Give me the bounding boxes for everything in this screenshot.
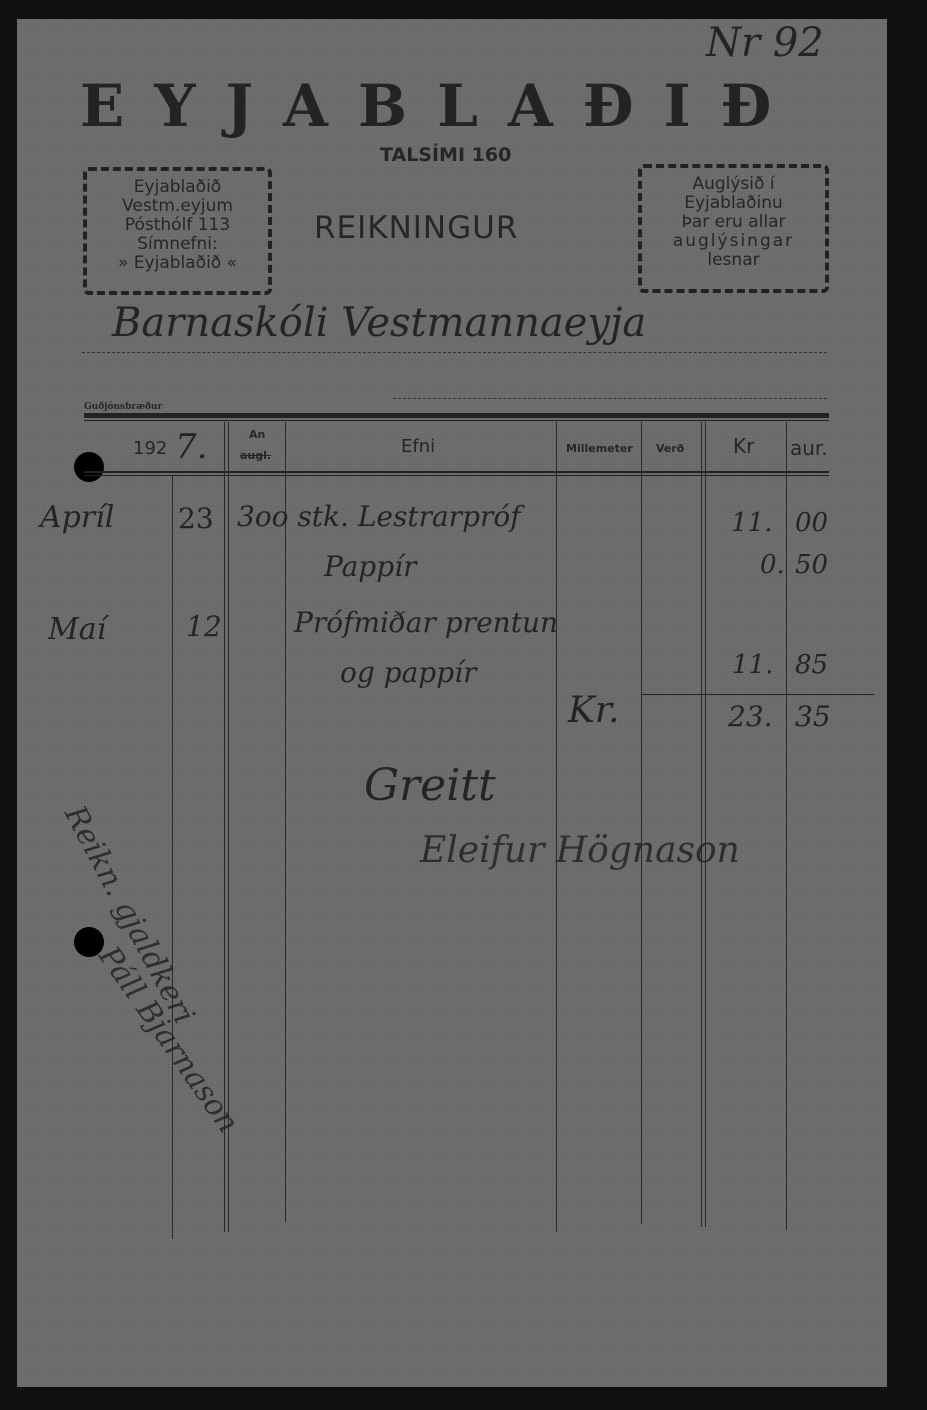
row-day: 12 [186,610,222,643]
table-top-rule-thin [84,420,829,421]
recipient-name: Barnaskóli Vestmannaeyja [112,300,646,346]
header-bottom-rule-thin [84,475,829,476]
address-line: Vestm.eyjum [87,197,268,216]
ad-line: auglýsingar [642,232,825,251]
ad-line: lesnar [642,251,825,270]
ad-line: Eyjablaðinu [642,194,825,213]
header-an: An [249,428,265,441]
invoice-title: REIKNINGUR [314,210,518,246]
header-bottom-rule [84,471,829,473]
paid-stamp: Greitt [364,760,496,811]
header-efni: Efni [401,436,435,457]
row-kr: 11. [731,508,772,538]
column-line [556,422,557,1232]
header-aur: aur. [790,436,828,460]
ad-line: Þar eru allar [642,213,825,232]
row-month: Maí [48,612,106,647]
column-line [172,476,173,1239]
header-verd: Verð [656,442,684,455]
publisher-address-box: Eyjablaðið Vestm.eyjum Pósthólf 113 Símn… [83,167,272,295]
signature: Eleifur Högnason [420,830,740,871]
row-aur: 50 [795,550,828,580]
row-aur: 85 [795,650,828,680]
row-description: Pappír [324,550,416,583]
header-augl: augl. [240,449,271,462]
row-description: 3oo stk. Lestrarpróf [237,500,521,533]
punch-hole-bottom [74,927,104,957]
header-kr: Kr [733,434,754,458]
year-prefix: 192 [133,438,167,459]
address-line: Símnefni: [87,235,268,254]
total-rule [642,694,874,695]
masthead-title: EYJABLAÐIÐ [80,72,830,140]
address-line: Eyjablaðið [87,178,268,197]
row-description: Prófmiðar prentun [294,606,558,639]
column-line [705,422,706,1227]
table-top-rule [84,413,829,418]
total-aur: 35 [795,700,831,733]
recipient-line [82,352,827,353]
row-month: Apríl [40,500,114,535]
header-millemeter: Millemeter [566,442,633,455]
address-line: » Eyjablaðið « [87,254,268,273]
row-kr: 0. [760,550,785,580]
address-line: Pósthólf 113 [87,216,268,235]
year-suffix: 7. [175,427,207,467]
printer-credit: Guðjónsbræður [84,402,162,412]
column-line [786,422,787,1230]
punch-hole-top [74,452,104,482]
column-line [641,422,642,1224]
row-description: og pappír [340,656,477,689]
phone-number: TALSÍMI 160 [380,144,511,166]
row-aur: 00 [795,508,828,538]
total-label: Kr. [568,690,620,731]
ad-line: Auglýsið í [642,175,825,194]
advertising-box: Auglýsið í Eyjablaðinu Þar eru allar aug… [638,164,829,293]
document-number: Nr 92 [706,20,824,66]
address-line-dotted [393,398,827,399]
column-line [285,422,286,1222]
column-line [701,422,702,1227]
row-kr: 11. [732,650,773,680]
total-kr: 23. [728,700,773,733]
row-day: 23 [178,502,214,535]
